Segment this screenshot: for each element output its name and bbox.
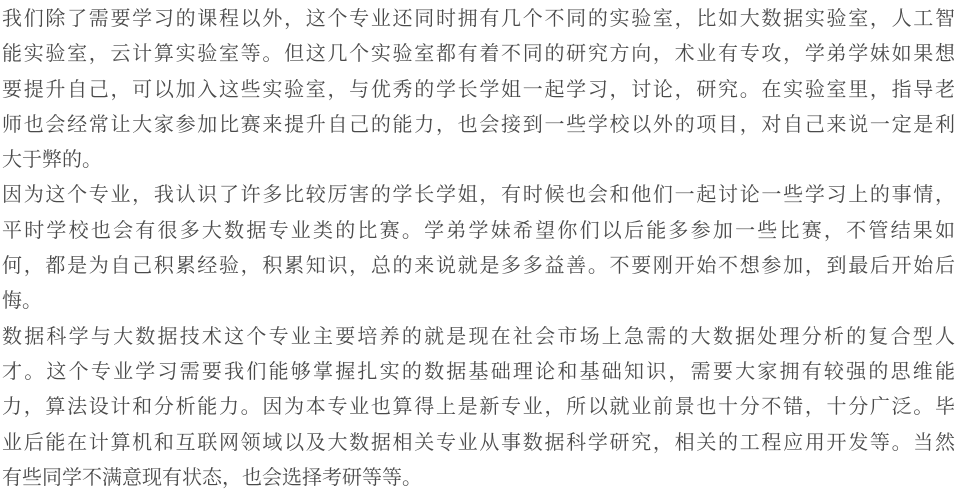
- text-line: 要提升自己，可以加入这些实验室，与优秀的学长学姐一起学习，讨论，研究。在实验室里…: [2, 73, 955, 108]
- text-line: 才。这个专业学习需要我们能够掌握扎实的数据基础理论和基础知识，需要大家拥有较强的…: [2, 355, 955, 390]
- text-line: 何，都是为自己积累经验，积累知识，总的来说就是多多益善。不要刚开始不想参加，到最…: [2, 249, 955, 284]
- text-line: 师也会经常让大家参加比赛来提升自己的能力，也会接到一些学校以外的项目，对自己来说…: [2, 108, 955, 143]
- text-line: 悔。: [2, 284, 955, 319]
- text-line: 力，算法设计和分析能力。因为本专业也算得上是新专业，所以就业前景也十分不错，十分…: [2, 390, 955, 425]
- text-line: 业后能在计算机和互联网领域以及大数据相关专业从事数据科学研究，相关的工程应用开发…: [2, 426, 955, 461]
- document-text: 我们除了需要学习的课程以外，这个专业还同时拥有几个不同的实验室，比如大数据实验室…: [0, 0, 957, 495]
- paragraph-labs-intro: 我们除了需要学习的课程以外，这个专业还同时拥有几个不同的实验室，比如大数据实验室…: [2, 2, 955, 178]
- text-line: 数据科学与大数据技术这个专业主要培养的就是现在社会市场上急需的大数据处理分析的复…: [2, 320, 955, 355]
- text-line: 平时学校也会有很多大数据专业类的比赛。学弟学妹希望你们以后能多参加一些比赛，不管…: [2, 214, 955, 249]
- paragraph-competitions: 因为这个专业，我认识了许多比较厉害的学长学姐，有时候也会和他们一起讨论一些学习上…: [2, 178, 955, 319]
- text-line: 我们除了需要学习的课程以外，这个专业还同时拥有几个不同的实验室，比如大数据实验室…: [2, 2, 955, 37]
- text-line: 有些同学不满意现有状态，也会选择考研等等。: [2, 461, 955, 495]
- paragraph-major-overview: 数据科学与大数据技术这个专业主要培养的就是现在社会市场上急需的大数据处理分析的复…: [2, 320, 955, 495]
- text-line: 大于弊的。: [2, 143, 955, 178]
- text-line: 能实验室，云计算实验室等。但这几个实验室都有着不同的研究方向，术业有专攻，学弟学…: [2, 37, 955, 72]
- text-line: 因为这个专业，我认识了许多比较厉害的学长学姐，有时候也会和他们一起讨论一些学习上…: [2, 178, 955, 213]
